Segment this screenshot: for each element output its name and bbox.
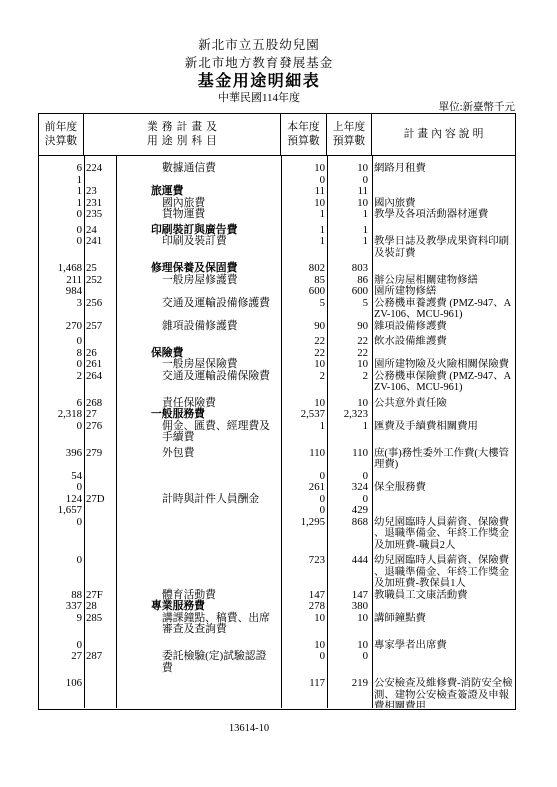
cell-plan-description: 庶(事)務性委外工作費(大樓管理費) <box>372 448 515 471</box>
table-row: 0241印刷及裝訂費11教學日誌及教學成果資料印刷及裝訂費 <box>39 236 515 259</box>
cell-prev-year-final-amount: 0 <box>39 555 84 567</box>
cell-last-year-budget: 1 <box>327 421 372 433</box>
cell-last-year-budget: 5 <box>327 298 372 310</box>
cell-subject-name: 一般服務費 <box>116 409 281 421</box>
cell-last-year-budget: 600 <box>327 286 372 298</box>
cell-prev-year-final-amount: 0 <box>39 421 84 433</box>
cell-last-year-budget: 219 <box>327 678 372 690</box>
cell-last-year-budget: 1 <box>327 236 372 248</box>
cell-subject-name: 交通及運輸設備保險費 <box>116 371 281 383</box>
cell-subject-code: 264 <box>84 371 116 383</box>
cell-prev-year-final-amount: 0 <box>39 359 84 371</box>
cell-current-year-budget: 1 <box>281 236 327 248</box>
cell-current-year-budget: 600 <box>281 286 327 298</box>
cell-prev-year-final-amount: 984 <box>39 286 84 298</box>
title-block: 新北市立五股幼兒園 新北市地方教育發展基金 基金用途明細表 中華民國114年度 <box>0 36 518 106</box>
cell-prev-year-final-amount: 0 <box>39 209 84 221</box>
table-row: 1231國內旅費1010國內旅費 <box>39 198 515 210</box>
cell-prev-year-final-amount: 6 <box>39 163 84 175</box>
cell-subject-code: 285 <box>84 613 116 625</box>
cell-current-year-budget: 90 <box>281 321 327 333</box>
cell-subject-name: 修理保養及保固費 <box>116 263 281 275</box>
cell-last-year-budget: 803 <box>327 263 372 275</box>
cell-plan-description: 飲水設備維護費 <box>372 336 515 348</box>
table-row: 2,31827一般服務費2,5372,323 <box>39 409 515 421</box>
cell-current-year-budget: 10 <box>281 613 327 625</box>
cell-current-year-budget: 802 <box>281 263 327 275</box>
cell-subject-name: 佣金、匯費、經理費及手續費 <box>116 421 281 444</box>
cell-subject-code: 27D <box>84 494 116 506</box>
col-header-line: 前年度 <box>45 121 77 135</box>
cell-subject-code: 23 <box>84 186 116 198</box>
table-row: 100 <box>39 175 515 187</box>
cell-prev-year-final-amount: 27 <box>39 651 84 663</box>
document-title: 基金用途明細表 <box>0 72 518 91</box>
cell-prev-year-final-amount: 0 <box>39 517 84 529</box>
cell-subject-name: 委託檢驗(定)試驗認證費 <box>116 651 281 674</box>
col-header-prev-year-final: 前年度 決算數 <box>39 114 84 155</box>
table-row: 01,295868幼兒園臨時人員薪資、保險費、退職準備金、年終工作獎金及加班費-… <box>39 517 515 552</box>
table-row: 5400 <box>39 471 515 483</box>
col-header-plan-description: 計畫內容說明 <box>372 114 515 155</box>
organization-title: 新北市立五股幼兒園 <box>0 36 518 54</box>
table-row: 01010專家學者出席費 <box>39 640 515 652</box>
cell-prev-year-final-amount: 396 <box>39 448 84 460</box>
col-header-line: 上年度 <box>333 121 365 135</box>
cell-subject-name: 計時與計件人員酬金 <box>116 494 281 506</box>
cell-plan-description: 網路月租費 <box>372 163 515 175</box>
cell-last-year-budget: 22 <box>327 336 372 348</box>
cell-last-year-budget: 110 <box>327 448 372 460</box>
cell-last-year-budget: 2,323 <box>327 409 372 421</box>
cell-subject-code: 256 <box>84 298 116 310</box>
table-row: 9285講課鐘點、稿費、出席審查及查詢費1010講師鐘點費 <box>39 613 515 636</box>
cell-current-year-budget: 0 <box>281 505 327 517</box>
cell-plan-description: 公安檢查及維修費-消防安全檢測、建物公安檢查簽證及申報費相關費用 <box>372 678 515 708</box>
cell-current-year-budget: 11 <box>281 186 327 198</box>
cell-prev-year-final-amount: 0 <box>39 482 84 494</box>
column-divider <box>327 156 328 708</box>
cell-plan-description: 國內旅費 <box>372 198 515 210</box>
col-header-line: 預算數 <box>333 135 365 149</box>
cell-subject-code: 276 <box>84 421 116 433</box>
table-header-row: 前年度 決算數 業務計畫及 用途別科目 本年度 預算數 上年度 預算數 計畫內容… <box>39 114 515 156</box>
col-header-line: 預算數 <box>287 135 319 149</box>
cell-subject-code: 241 <box>84 236 116 248</box>
cell-subject-code: 235 <box>84 209 116 221</box>
cell-current-year-budget: 22 <box>281 336 327 348</box>
cell-current-year-budget: 10 <box>281 163 327 175</box>
currency-unit-label: 單位:新臺幣千元 <box>38 99 515 114</box>
cell-current-year-budget: 1,295 <box>281 517 327 529</box>
cell-last-year-budget: 10 <box>327 359 372 371</box>
cell-last-year-budget: 1 <box>327 209 372 221</box>
cell-plan-description: 匯費及手續費相關費用 <box>372 421 515 433</box>
column-divider <box>372 156 373 708</box>
column-divider <box>84 156 85 708</box>
cell-plan-description: 雜項設備修護費 <box>372 321 515 333</box>
fund-title: 新北市地方教育發展基金 <box>0 54 518 72</box>
cell-plan-description: 專家學者出席費 <box>372 640 515 652</box>
cell-current-year-budget: 1 <box>281 421 327 433</box>
table-row: 826保險費2222 <box>39 348 515 360</box>
cell-plan-description: 公務機車養護費 (PMZ-947、AZV-106、MCU-961) <box>372 298 515 321</box>
cell-current-year-budget: 1 <box>281 209 327 221</box>
cell-subject-code: 25 <box>84 263 116 275</box>
table-row: 8827F體育活動費147147教職員工文康活動費 <box>39 590 515 602</box>
cell-prev-year-final-amount: 0 <box>39 236 84 248</box>
cell-subject-name: 專業服務費 <box>116 601 281 613</box>
cell-subject-name: 一般房屋保險費 <box>116 359 281 371</box>
cell-subject-code: 279 <box>84 448 116 460</box>
cell-prev-year-final-amount: 1 <box>39 186 84 198</box>
cell-subject-code: 27 <box>84 409 116 421</box>
fund-usage-table: 前年度 決算數 業務計畫及 用途別科目 本年度 預算數 上年度 預算數 計畫內容… <box>38 113 516 710</box>
cell-plan-description: 講師鐘點費 <box>372 613 515 625</box>
cell-prev-year-final-amount: 3 <box>39 298 84 310</box>
cell-prev-year-final-amount: 9 <box>39 613 84 625</box>
table-row: 33728專業服務費278380 <box>39 601 515 613</box>
cell-plan-description: 公共意外責任險 <box>372 398 515 410</box>
cell-prev-year-final-amount: 1,468 <box>39 263 84 275</box>
table-row: 0723444幼兒園臨時人員薪資、保險費、退職準備金、年終工作獎金及加班費-教保… <box>39 555 515 590</box>
budget-document-page: 新北市立五股幼兒園 新北市地方教育發展基金 基金用途明細表 中華民國114年度 … <box>0 0 557 787</box>
table-row: 984600600園所建物修繕 <box>39 286 515 298</box>
cell-plan-description: 園所建物險及火險相關保險費 <box>372 359 515 371</box>
column-divider <box>116 156 117 708</box>
table-row: 12427D計時與計件人員酬金00 <box>39 494 515 506</box>
table-row: 02222飲水設備維護費 <box>39 336 515 348</box>
cell-last-year-budget: 90 <box>327 321 372 333</box>
cell-current-year-budget: 261 <box>281 482 327 494</box>
cell-plan-description: 教職員工文康活動費 <box>372 590 515 602</box>
table-row: 0261324保全服務費 <box>39 482 515 494</box>
col-header-current-year-budget: 本年度 預算數 <box>281 114 327 155</box>
cell-current-year-budget: 117 <box>281 678 327 690</box>
cell-last-year-budget: 10 <box>327 613 372 625</box>
table-row: 1,6570429 <box>39 505 515 517</box>
cell-subject-name: 印刷及裝訂費 <box>116 236 281 248</box>
cell-last-year-budget: 444 <box>327 555 372 567</box>
table-row: 396279外包費110110庶(事)務性委外工作費(大樓管理費) <box>39 448 515 471</box>
cell-subject-name: 貨物運費 <box>116 209 281 221</box>
cell-plan-description: 幼兒園臨時人員薪資、保險費、退職準備金、年終工作獎金及加班費-職員2人 <box>372 517 515 552</box>
cell-last-year-budget: 2 <box>327 371 372 383</box>
cell-current-year-budget: 2,537 <box>281 409 327 421</box>
cell-subject-code: 257 <box>84 321 116 333</box>
column-divider <box>281 156 282 708</box>
cell-last-year-budget: 10 <box>327 163 372 175</box>
table-body: 6224數據通信費1010網路月租費100123旅運費11111231國內旅費1… <box>39 156 515 708</box>
cell-prev-year-final-amount: 337 <box>39 601 84 613</box>
cell-subject-name: 數據通信費 <box>116 163 281 175</box>
cell-plan-description: 幼兒園臨時人員薪資、保險費、退職準備金、年終工作獎金及加班費-教保員1人 <box>372 555 515 590</box>
col-header-line: 業務計畫及 <box>143 121 221 135</box>
cell-last-year-budget: 324 <box>327 482 372 494</box>
cell-subject-name: 講課鐘點、稿費、出席審查及查詢費 <box>116 613 281 636</box>
cell-subject-code: 287 <box>84 651 116 663</box>
cell-last-year-budget: 868 <box>327 517 372 529</box>
cell-current-year-budget: 723 <box>281 555 327 567</box>
cell-current-year-budget: 5 <box>281 298 327 310</box>
cell-subject-name: 外包費 <box>116 448 281 460</box>
cell-subject-code: 28 <box>84 601 116 613</box>
cell-current-year-budget: 2 <box>281 371 327 383</box>
cell-subject-code: 224 <box>84 163 116 175</box>
page-number: 13614-10 <box>0 723 498 734</box>
col-header-program-subject: 業務計畫及 用途別科目 <box>84 114 281 155</box>
cell-plan-description: 辦公房屋相關建物修繕 <box>372 275 515 287</box>
cell-prev-year-final-amount: 270 <box>39 321 84 333</box>
cell-last-year-budget: 429 <box>327 505 372 517</box>
cell-plan-description: 園所建物修繕 <box>372 286 515 298</box>
table-row: 6224數據通信費1010網路月租費 <box>39 163 515 175</box>
table-row: 1,46825修理保養及保固費802803 <box>39 263 515 275</box>
cell-plan-description: 保全服務費 <box>372 482 515 494</box>
cell-prev-year-final-amount: 2 <box>39 371 84 383</box>
cell-current-year-budget: 110 <box>281 448 327 460</box>
table-row: 6268責任保險費1010公共意外責任險 <box>39 398 515 410</box>
col-header-line: 本年度 <box>287 121 319 135</box>
col-header-last-year-budget: 上年度 預算數 <box>327 114 372 155</box>
cell-subject-name: 一般房屋修護費 <box>116 275 281 287</box>
col-header-line: 計畫內容說明 <box>401 128 487 142</box>
cell-current-year-budget: 278 <box>281 601 327 613</box>
table-row: 3256交通及運輸設備修護費55公務機車養護費 (PMZ-947、AZV-106… <box>39 298 515 321</box>
cell-subject-name: 雜項設備修護費 <box>116 321 281 333</box>
cell-prev-year-final-amount: 2,318 <box>39 409 84 421</box>
table-row: 0276佣金、匯費、經理費及手續費11匯費及手續費相關費用 <box>39 421 515 444</box>
cell-last-year-budget: 0 <box>327 651 372 663</box>
table-row: 024印刷裝訂與廣告費11 <box>39 225 515 237</box>
table-row: 106117219公安檢查及維修費-消防安全檢測、建物公安檢查簽證及申報費相關費… <box>39 678 515 708</box>
table-row: 2264交通及運輸設備保險費22公務機車保險費 (PMZ-947、AZV-106… <box>39 371 515 394</box>
cell-plan-description: 公務機車保險費 (PMZ-947、AZV-106、MCU-961) <box>372 371 515 394</box>
table-row: 0235貨物運費11教學及各項活動器材運費 <box>39 209 515 221</box>
cell-current-year-budget: 0 <box>281 651 327 663</box>
cell-prev-year-final-amount: 1,657 <box>39 505 84 517</box>
cell-last-year-budget: 11 <box>327 186 372 198</box>
cell-subject-code: 261 <box>84 359 116 371</box>
cell-plan-description: 教學及各項活動器材運費 <box>372 209 515 221</box>
cell-last-year-budget: 380 <box>327 601 372 613</box>
cell-prev-year-final-amount: 106 <box>39 678 84 690</box>
col-header-line: 決算數 <box>45 135 77 149</box>
cell-subject-code: 252 <box>84 275 116 287</box>
cell-prev-year-final-amount: 0 <box>39 336 84 348</box>
cell-current-year-budget: 10 <box>281 359 327 371</box>
col-header-line: 用途別科目 <box>143 135 221 149</box>
cell-subject-name: 交通及運輸設備修護費 <box>116 298 281 310</box>
table-row: 0261一般房屋保險費1010園所建物險及火險相關保險費 <box>39 359 515 371</box>
table-row: 270257雜項設備修護費9090雜項設備修護費 <box>39 321 515 333</box>
table-row: 211252一般房屋修護費8586辦公房屋相關建物修繕 <box>39 275 515 287</box>
cell-subject-name: 旅運費 <box>116 186 281 198</box>
cell-plan-description: 教學日誌及教學成果資料印刷及裝訂費 <box>372 236 515 259</box>
table-row: 27287委託檢驗(定)試驗認證費00 <box>39 651 515 674</box>
table-row: 123旅運費1111 <box>39 186 515 198</box>
